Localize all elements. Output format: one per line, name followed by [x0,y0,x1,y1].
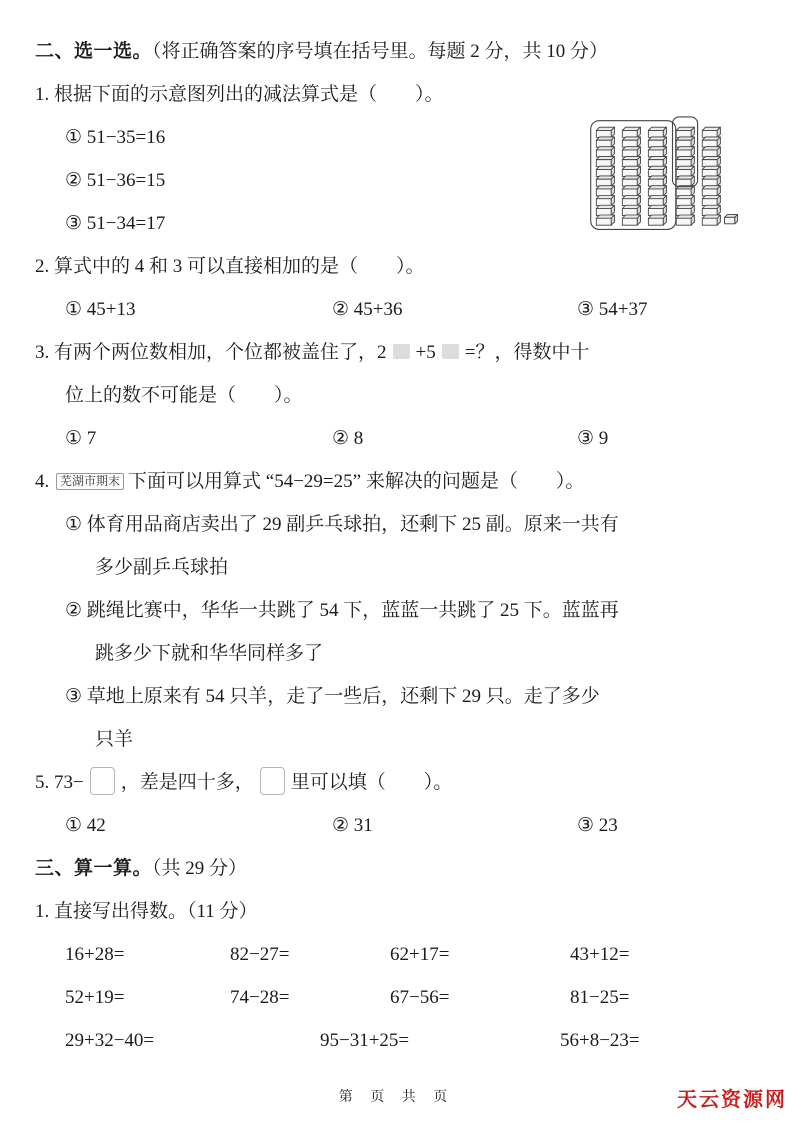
calc-expression: 56+8−23= [560,1019,640,1062]
q3-option-2: ② 8 [332,417,577,460]
q5-text-part-b: ，差是四十多， [121,772,254,793]
calc-q1-text: 1. 直接写出得数。（11 分） [35,890,760,933]
q1-text: 1. 根据下面的示意图列出的减法算式是（ ）。 [35,73,760,116]
q4-option-1-line1: ① 体育用品商店卖出了 29 副乒乓球拍，还剩下 25 副。原来一共有 [35,503,760,546]
calc-expression: 16+28= [65,933,230,976]
q2-option-3: ③ 54+37 [577,288,648,331]
section-calc-heading: 三、算一算。（共 29 分） [35,847,760,890]
calc-expression: 29+32−40= [65,1019,320,1062]
calc-expression: 52+19= [65,976,230,1019]
calc-expression: 81−25= [570,976,629,1019]
q2-text: 2. 算式中的 4 和 3 可以直接相加的是（ ）。 [35,245,760,288]
q4-option-1-line2: 多少副乒乓球拍 [35,546,760,589]
section-choose-title: 二、选一选。 [35,41,152,62]
q3-text-part-a: 3. 有两个两位数相加，个位都被盖住了，2 [35,342,387,363]
q2-option-1: ① 45+13 [65,288,332,331]
calc-expression: 67−56= [390,976,570,1019]
q4-option-3-line1: ③ 草地上原来有 54 只羊，走了一些后，还剩下 29 只。走了多少 [35,675,760,718]
q3-text-line2: 位上的数不可能是（ ）。 [35,374,760,417]
q5-text: 5. 73−，差是四十多，里可以填（ ）。 [35,761,760,804]
q2-options-row: ① 45+13 ② 45+36 ③ 54+37 [35,288,760,331]
q4-option-2-line1: ② 跳绳比赛中，华华一共跳了 54 下，蓝蓝一共跳了 25 下。蓝蓝再 [35,589,760,632]
q5-text-part-c: 里可以填（ ）。 [291,772,453,793]
calc-expression: 43+12= [570,933,629,976]
q3-option-3: ③ 9 [577,417,608,460]
section-choose-note: （将正确答案的序号填在括号里。每题 2 分，共 10 分） [152,41,608,62]
q4-source-tag: 芜湖市期末 [56,473,124,490]
covered-digit-box [442,344,459,359]
q5-text-part-a: 5. 73− [35,772,84,793]
q4-text-body: 下面可以用算式 “54−29=25” 来解决的问题是（ ）。 [128,471,584,492]
q5-option-3: ③ 23 [577,804,618,847]
calc-row-3: 29+32−40= 95−31+25= 56+8−23= [35,1019,760,1062]
fill-in-box [90,767,115,795]
q3-text-part-c: =？，得数中十 [465,342,590,363]
worksheet-page: 二、选一选。（将正确答案的序号填在括号里。每题 2 分，共 10 分） 1. 根… [0,0,793,1122]
q5-option-1: ① 42 [65,804,332,847]
base-ten-blocks-svg [587,114,745,237]
q5-option-2: ② 31 [332,804,577,847]
q4-text: 4. 芜湖市期末下面可以用算式 “54−29=25” 来解决的问题是（ ）。 [35,460,760,503]
q3-option-1: ① 7 [65,417,332,460]
q3-options-row: ① 7 ② 8 ③ 9 [35,417,760,460]
section-choose-heading: 二、选一选。（将正确答案的序号填在括号里。每题 2 分，共 10 分） [35,30,760,73]
section-calc-title: 三、算一算。 [35,858,152,879]
fill-in-box [260,767,285,795]
calc-expression: 82−27= [230,933,390,976]
page-number-label: 第 页 共 页 [0,1086,793,1106]
calc-expression: 62+17= [390,933,570,976]
calc-expression: 95−31+25= [320,1019,560,1062]
q4-option-2-line2: 跳多少下就和华华同样多了 [35,632,760,675]
q2-option-2: ② 45+36 [332,288,577,331]
q3-text-part-b: +5 [416,342,436,363]
q4-number: 4. [35,471,49,492]
base-ten-blocks-figure [587,114,745,243]
calc-row-2: 52+19= 74−28= 67−56= 81−25= [35,976,760,1019]
calc-row-1: 16+28= 82−27= 62+17= 43+12= [35,933,760,976]
section-calc-note: （共 29 分） [152,858,247,879]
q5-options-row: ① 42 ② 31 ③ 23 [35,804,760,847]
covered-digit-box [393,344,410,359]
q4-option-3-line2: 只羊 [35,718,760,761]
watermark-text: 天云资源网 [677,1083,787,1112]
q3-text-line1: 3. 有两个两位数相加，个位都被盖住了，2+5=？，得数中十 [35,331,760,374]
calc-expression: 74−28= [230,976,390,1019]
